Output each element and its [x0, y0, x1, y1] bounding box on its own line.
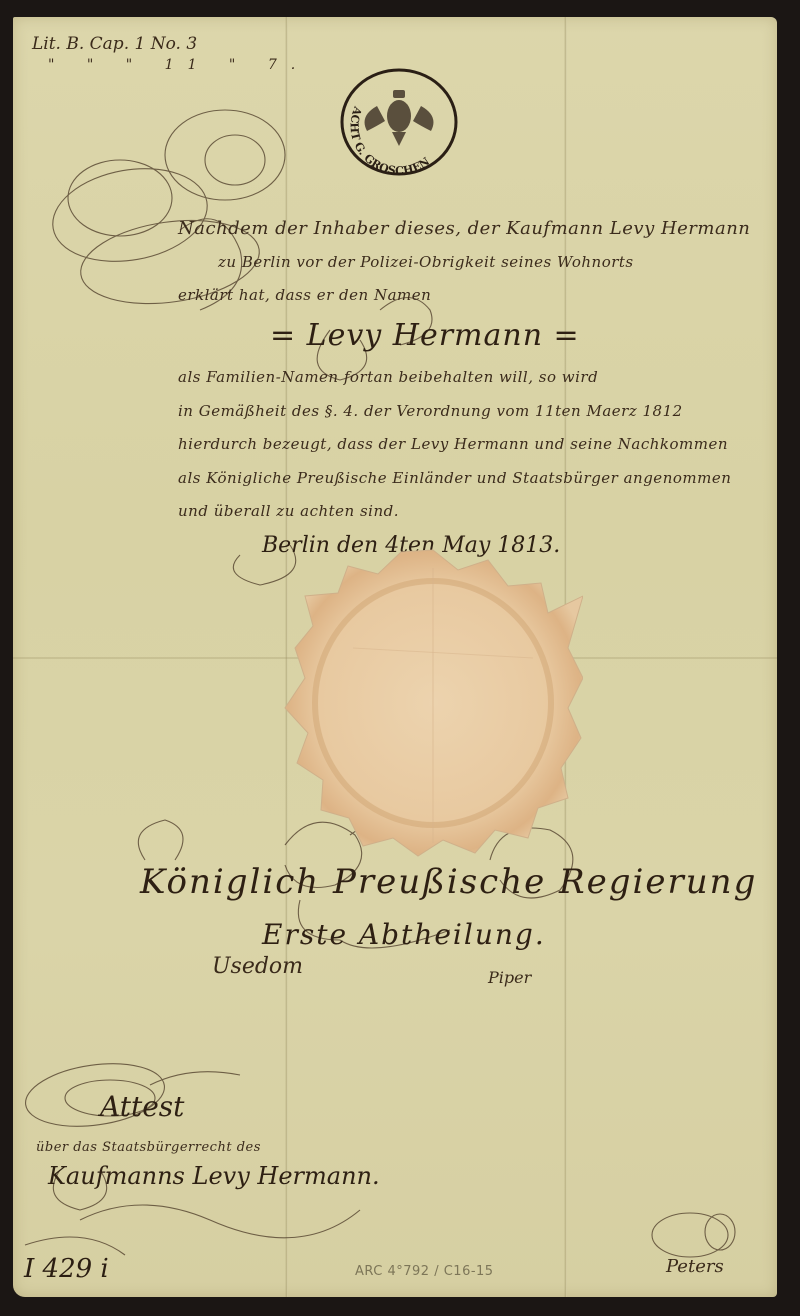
body-line-5: in Gemäßheit des §. 4. der Verordnung vo…: [178, 402, 683, 420]
body-line-8: und überall zu achten sind.: [178, 502, 399, 520]
body-line-4: als Familien-Namen fortan beibehalten wi…: [178, 368, 598, 386]
reference-note-line1: Lit. B. Cap. 1 No. 3: [32, 34, 197, 54]
authority-line-2: Erste Abtheilung.: [262, 918, 546, 951]
body-line-3: erklärt hat, dass er den Namen: [178, 286, 431, 304]
signature-left: Usedom: [212, 954, 303, 979]
seal-icon: [283, 548, 583, 858]
paper-seal: [283, 548, 583, 858]
body-line-2: zu Berlin vor der Polizei-Obrigkeit sein…: [218, 253, 634, 271]
body-line-7: als Königliche Preußische Einländer und …: [178, 469, 731, 487]
attest-title: Attest: [100, 1090, 184, 1123]
signature-right: Piper: [488, 968, 531, 987]
name-line: = Levy Hermann =: [270, 318, 580, 353]
authority-line-1: Königlich Preußische Regierung: [140, 862, 757, 902]
tax-stamp: ACHT G. GROSCHEN: [337, 66, 461, 178]
shelfmark: I 429 i: [24, 1254, 109, 1284]
archive-number: ARC 4°792 / C16-15: [355, 1264, 494, 1279]
attest-line-1: über das Staatsbürgerrecht des: [36, 1140, 261, 1155]
reference-note-line2: " " " 11 " 7.: [48, 57, 309, 73]
eagle-stamp-icon: ACHT G. GROSCHEN: [337, 66, 461, 178]
attest-line-2: Kaufmanns Levy Hermann.: [48, 1162, 380, 1190]
body-line-6: hierdurch bezeugt, dass der Levy Hermann…: [178, 435, 728, 453]
signature-bottom-right: Peters: [666, 1256, 724, 1277]
body-line-1: Nachdem der Inhaber dieses, der Kaufmann…: [178, 218, 750, 239]
